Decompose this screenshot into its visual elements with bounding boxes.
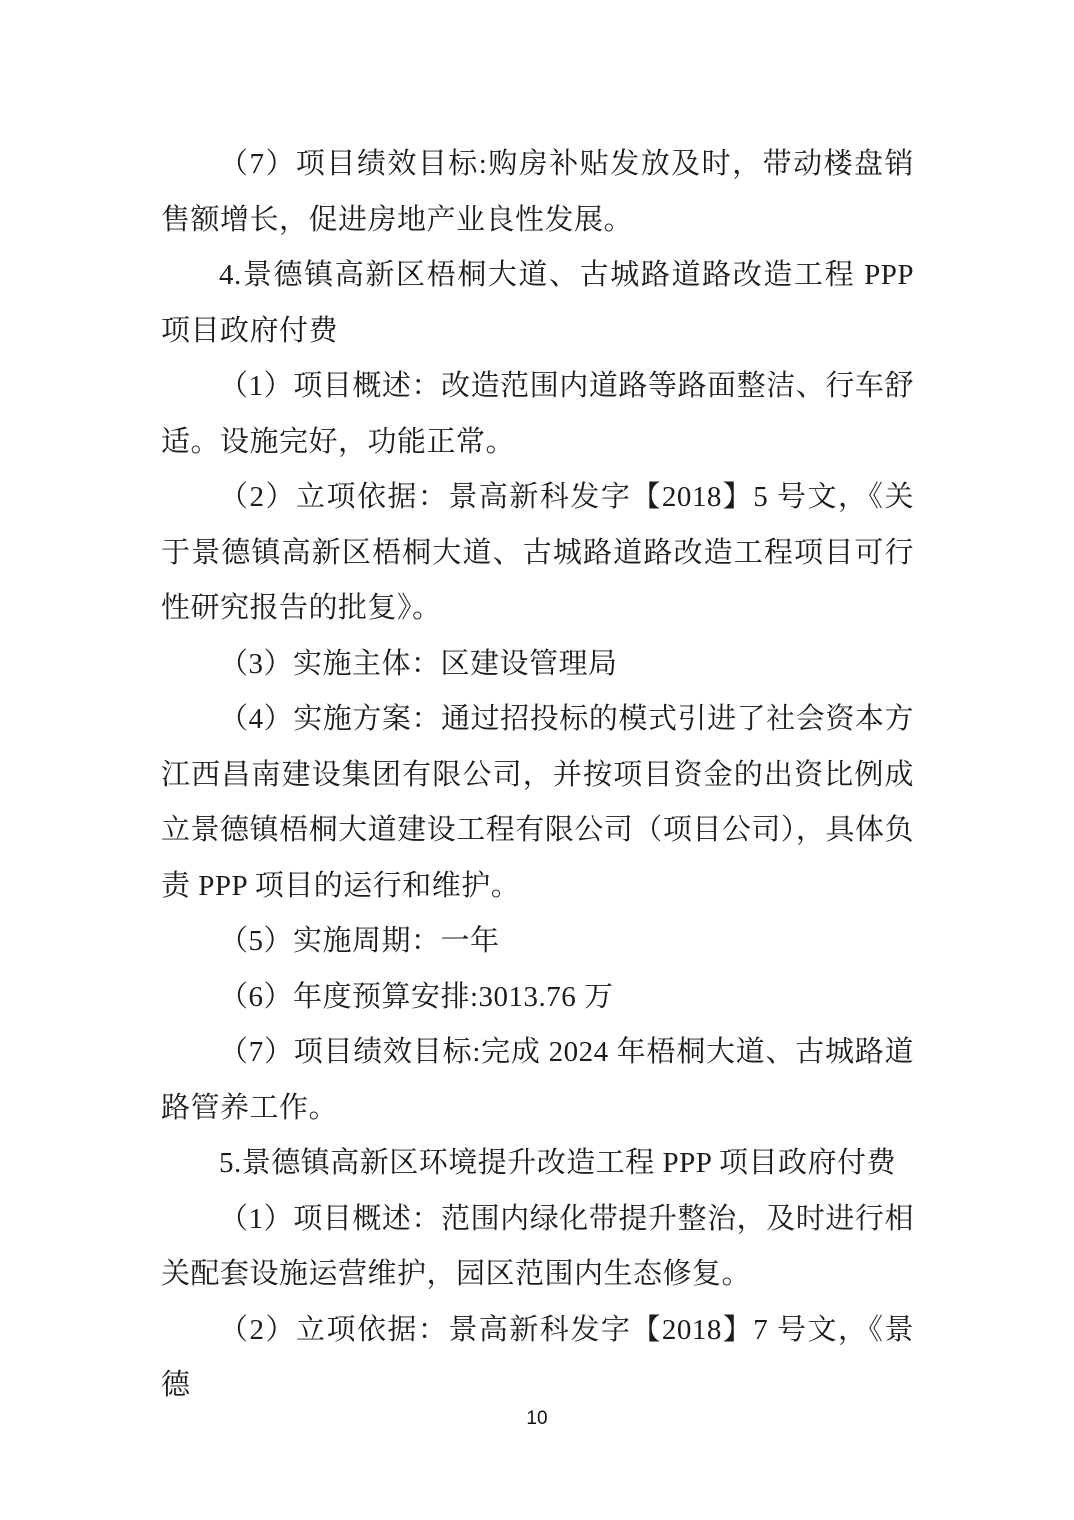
paragraph: （3）实施主体：区建设管理局 <box>161 637 914 693</box>
paragraph: （1）项目概述：范围内绿化带提升整治，及时进行相关配套设施运营维护，园区范围内生… <box>161 1192 914 1303</box>
paragraph: （5）实施周期：一年 <box>161 914 914 970</box>
paragraph: （4）实施方案：通过招投标的模式引进了社会资本方江西昌南建设集团有限公司，并按项… <box>161 692 914 914</box>
document-page: （7）项目绩效目标:购房补贴发放及时，带动楼盘销售额增长，促进房地产业良性发展。… <box>0 0 1074 1520</box>
document-text-block: （7）项目绩效目标:购房补贴发放及时，带动楼盘销售额增长，促进房地产业良性发展。… <box>161 137 914 1414</box>
paragraph: （7）项目绩效目标:购房补贴发放及时，带动楼盘销售额增长，促进房地产业良性发展。 <box>161 137 914 248</box>
paragraph: （2）立项依据：景高新科发字【2018】7 号文，《景德 <box>161 1303 914 1414</box>
paragraph: （1）项目概述：改造范围内道路等路面整洁、行车舒适。设施完好，功能正常。 <box>161 359 914 470</box>
page-footer: 10 <box>0 1407 1074 1431</box>
paragraph: （2）立项依据：景高新科发字【2018】5 号文，《关于景德镇高新区梧桐大道、古… <box>161 470 914 637</box>
paragraph: （6）年度预算安排:3013.76 万 <box>161 970 914 1026</box>
paragraph: 4.景德镇高新区梧桐大道、古城路道路改造工程 PPP 项目政府付费 <box>161 248 914 359</box>
paragraph: （7）项目绩效目标:完成 2024 年梧桐大道、古城路道路管养工作。 <box>161 1025 914 1136</box>
paragraph: 5.景德镇高新区环境提升改造工程 PPP 项目政府付费 <box>161 1136 914 1192</box>
page-number: 10 <box>526 1407 547 1431</box>
